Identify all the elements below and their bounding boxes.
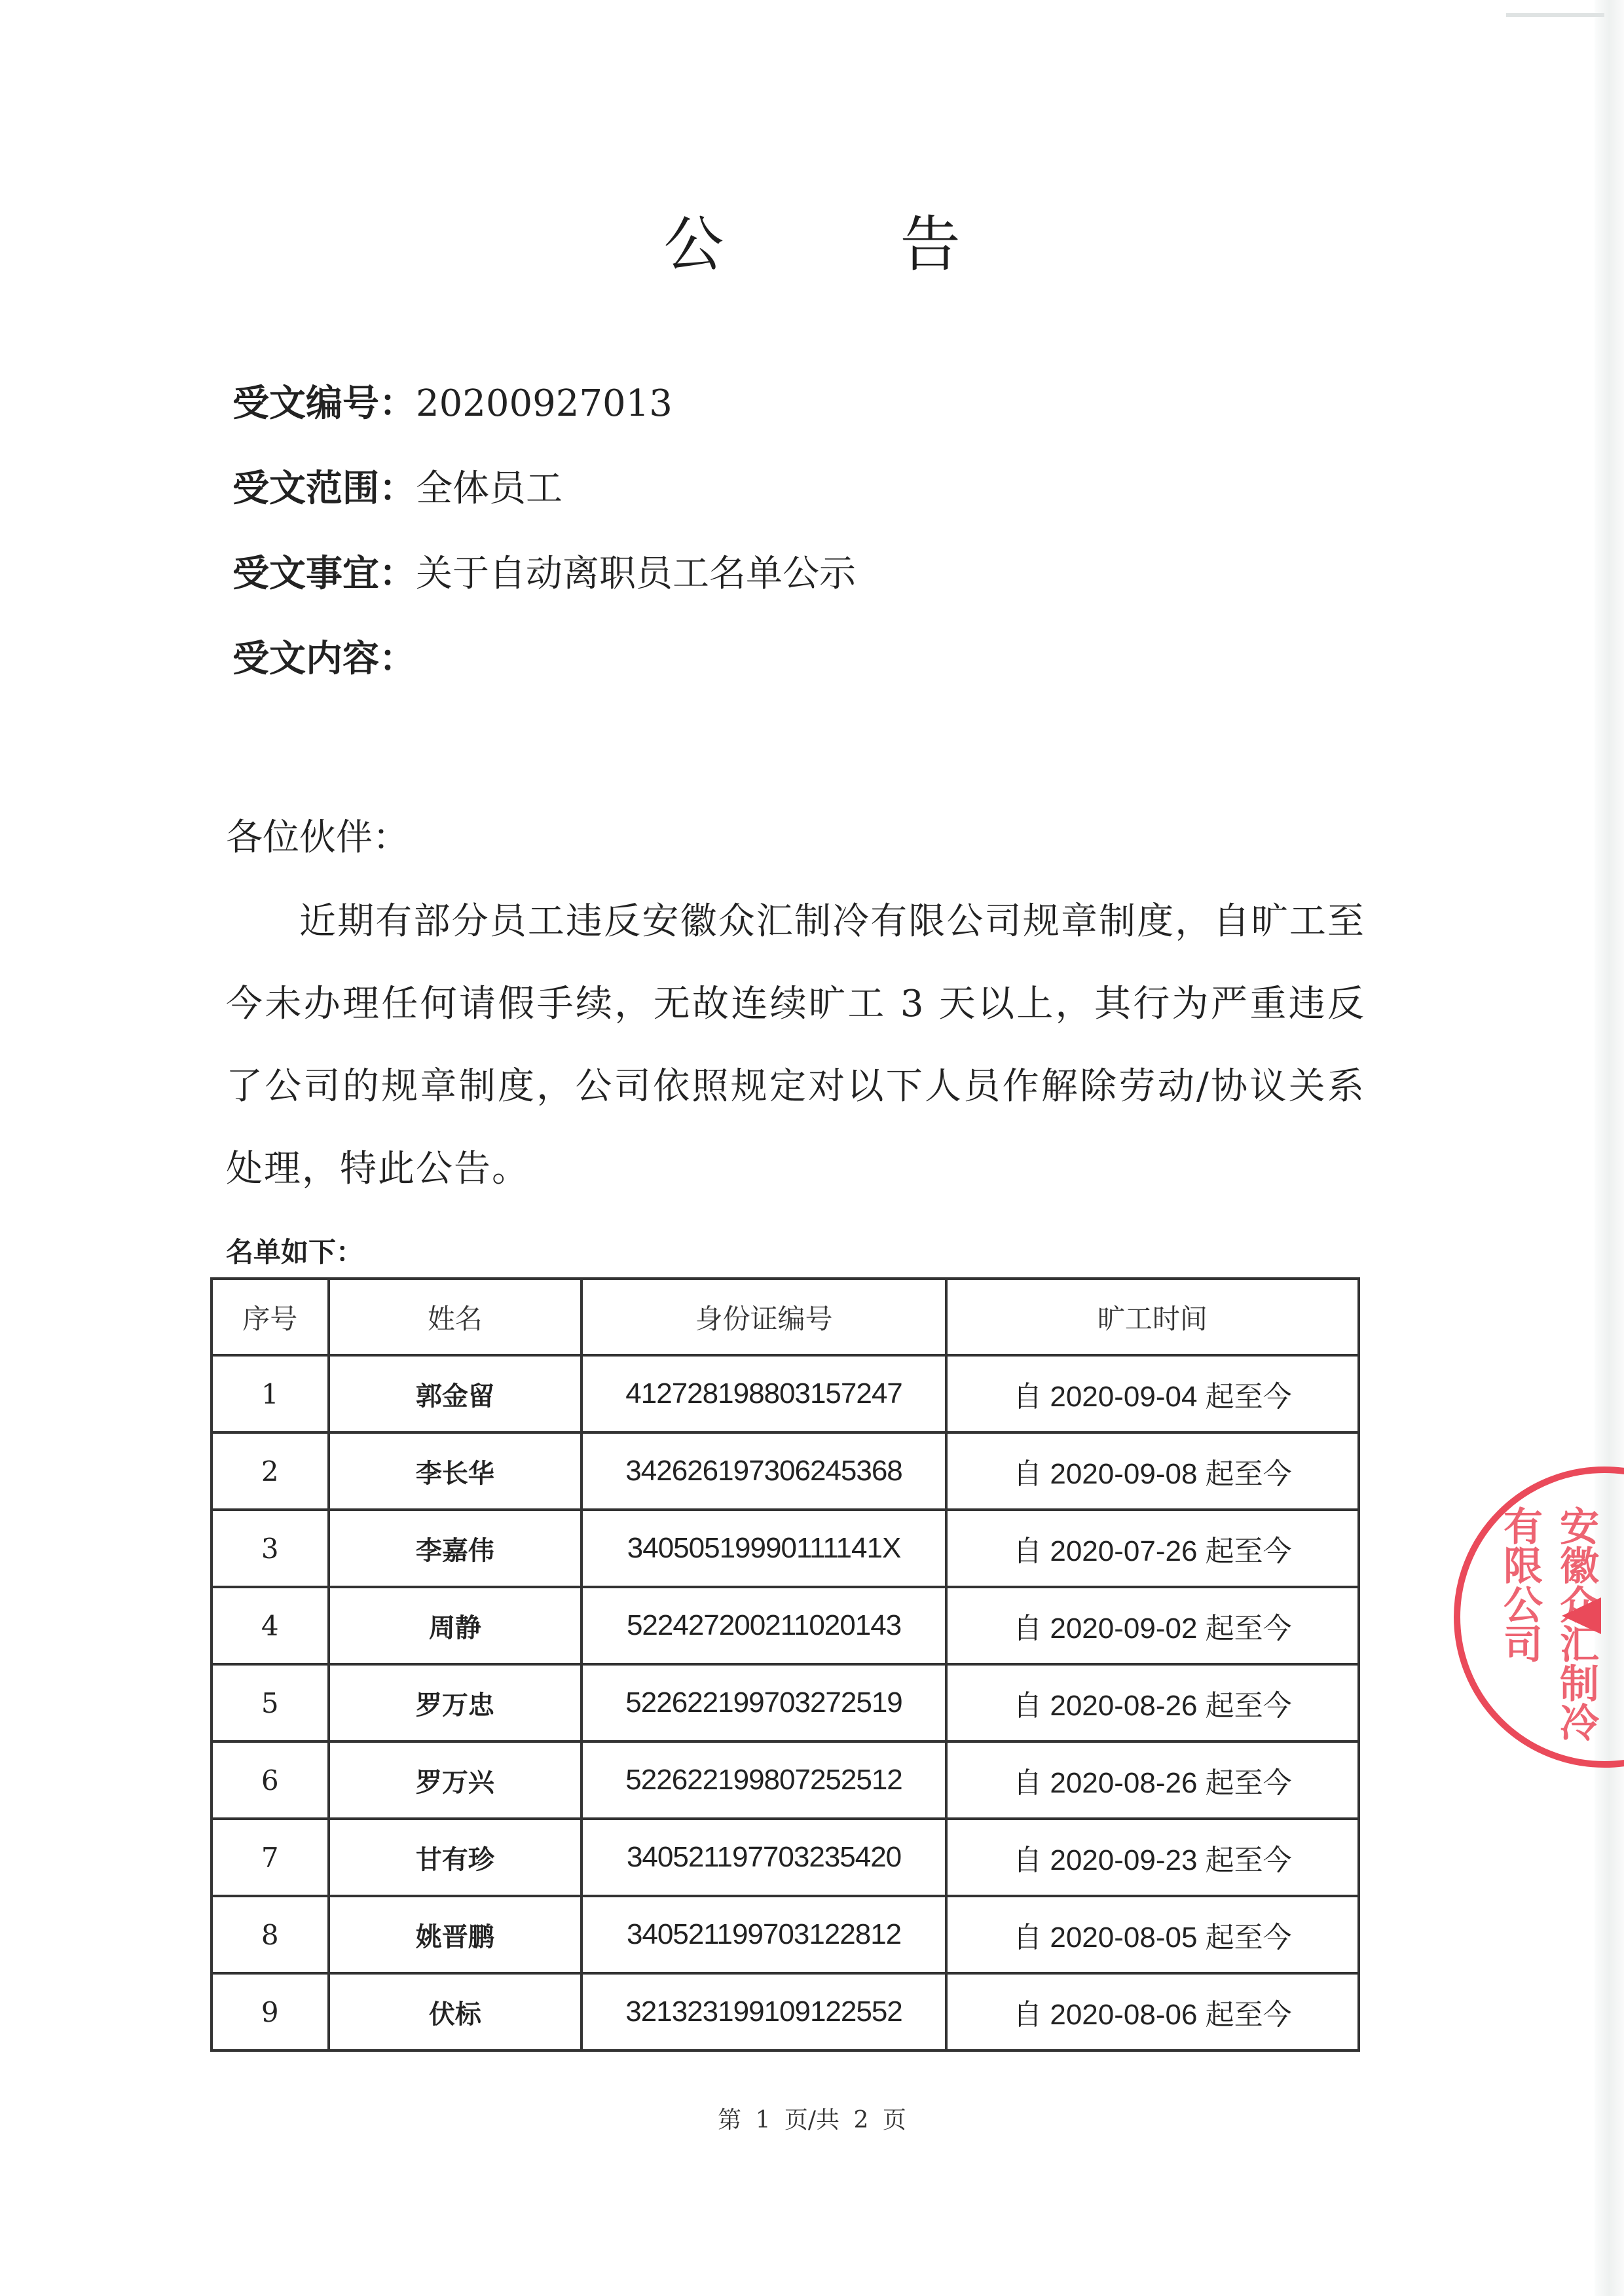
greeting: 各位伙伴：	[226, 809, 409, 861]
table-row: 5罗万忠522622199703272519自 2020-08-26 起至今	[212, 1664, 1359, 1741]
cell-period: 自 2020-08-26 起至今	[946, 1664, 1359, 1741]
cell-id: 340521199703122812	[581, 1896, 946, 1973]
list-label: 名单如下：	[226, 1231, 363, 1270]
header-period: 旷工时间	[946, 1279, 1359, 1355]
cell-id: 34050519990111141X	[581, 1510, 946, 1587]
cell-period: 自 2020-09-02 起至今	[946, 1587, 1359, 1664]
cell-name: 姚晋鹏	[329, 1896, 582, 1973]
cell-no: 1	[212, 1355, 329, 1432]
table-row: 6罗万兴522622199807252512自 2020-08-26 起至今	[212, 1741, 1359, 1819]
document-title: 公 告	[0, 196, 1624, 283]
cell-name: 甘有珍	[329, 1819, 582, 1896]
seal-star-icon	[1562, 1597, 1601, 1634]
field-subject: 受文事宜：关于自动离职员工名单公示	[232, 551, 856, 597]
field-doc-number: 受文编号：20200927013	[232, 381, 673, 427]
cell-no: 9	[212, 1973, 329, 2050]
header-id: 身份证编号	[581, 1279, 946, 1355]
cell-no: 7	[212, 1819, 329, 1896]
field-value: 20200927013	[416, 382, 673, 425]
cell-period: 自 2020-08-06 起至今	[946, 1973, 1359, 2050]
cell-name: 伏标	[329, 1973, 582, 2050]
scan-artifact-line	[1506, 13, 1604, 17]
cell-id: 522622199807252512	[581, 1741, 946, 1819]
cell-no: 3	[212, 1510, 329, 1587]
cell-no: 8	[212, 1896, 329, 1973]
cell-id: 342626197306245368	[581, 1432, 946, 1510]
body-paragraph: 近期有部分员工违反安徽众汇制冷有限公司规章制度，自旷工至今未办理任何请假手续，无…	[226, 881, 1365, 1211]
table-row: 8姚晋鹏340521199703122812自 2020-08-05 起至今	[212, 1896, 1359, 1973]
field-label: 受文内容：	[232, 638, 416, 680]
cell-id: 522622199703272519	[581, 1664, 946, 1741]
employee-table: 序号 姓名 身份证编号 旷工时间 1郭金留412728198803157247自…	[210, 1277, 1360, 2052]
field-value: 关于自动离职员工名单公示	[416, 553, 856, 595]
cell-period: 自 2020-08-05 起至今	[946, 1896, 1359, 1973]
cell-no: 2	[212, 1432, 329, 1510]
cell-name: 李长华	[329, 1432, 582, 1510]
cell-period: 自 2020-09-23 起至今	[946, 1819, 1359, 1896]
table-row: 3李嘉伟34050519990111141X自 2020-07-26 起至今	[212, 1510, 1359, 1587]
table-row: 1郭金留412728198803157247自 2020-09-04 起至今	[212, 1355, 1359, 1432]
table-row: 7甘有珍340521197703235420自 2020-09-23 起至今	[212, 1819, 1359, 1896]
field-value: 全体员工	[416, 467, 563, 510]
cell-id: 321323199109122552	[581, 1973, 946, 2050]
cell-name: 罗万忠	[329, 1664, 582, 1741]
cell-name: 郭金留	[329, 1355, 582, 1432]
table-row: 2李长华342626197306245368自 2020-09-08 起至今	[212, 1432, 1359, 1510]
header-no: 序号	[212, 1279, 329, 1355]
cell-period: 自 2020-08-26 起至今	[946, 1741, 1359, 1819]
cell-name: 罗万兴	[329, 1741, 582, 1819]
cell-id: 340521197703235420	[581, 1819, 946, 1896]
cell-id: 412728198803157247	[581, 1355, 946, 1432]
scan-edge-strip	[1595, 0, 1624, 2296]
field-content: 受文内容：	[232, 636, 416, 682]
table-header-row: 序号 姓名 身份证编号 旷工时间	[212, 1279, 1359, 1355]
cell-name: 李嘉伟	[329, 1510, 582, 1587]
table-row: 9伏标321323199109122552自 2020-08-06 起至今	[212, 1973, 1359, 2050]
header-name: 姓名	[329, 1279, 582, 1355]
field-label: 受文编号：	[232, 382, 416, 425]
cell-period: 自 2020-07-26 起至今	[946, 1510, 1359, 1587]
field-label: 受文范围：	[232, 467, 416, 510]
cell-no: 5	[212, 1664, 329, 1741]
page-footer: 第 1 页/共 2 页	[0, 2102, 1624, 2135]
cell-name: 周静	[329, 1587, 582, 1664]
cell-period: 自 2020-09-08 起至今	[946, 1432, 1359, 1510]
cell-no: 6	[212, 1741, 329, 1819]
field-scope: 受文范围：全体员工	[232, 466, 563, 512]
cell-id: 522427200211020143	[581, 1587, 946, 1664]
cell-period: 自 2020-09-04 起至今	[946, 1355, 1359, 1432]
cell-no: 4	[212, 1587, 329, 1664]
field-label: 受文事宜：	[232, 553, 416, 595]
table-row: 4周静522427200211020143自 2020-09-02 起至今	[212, 1587, 1359, 1664]
